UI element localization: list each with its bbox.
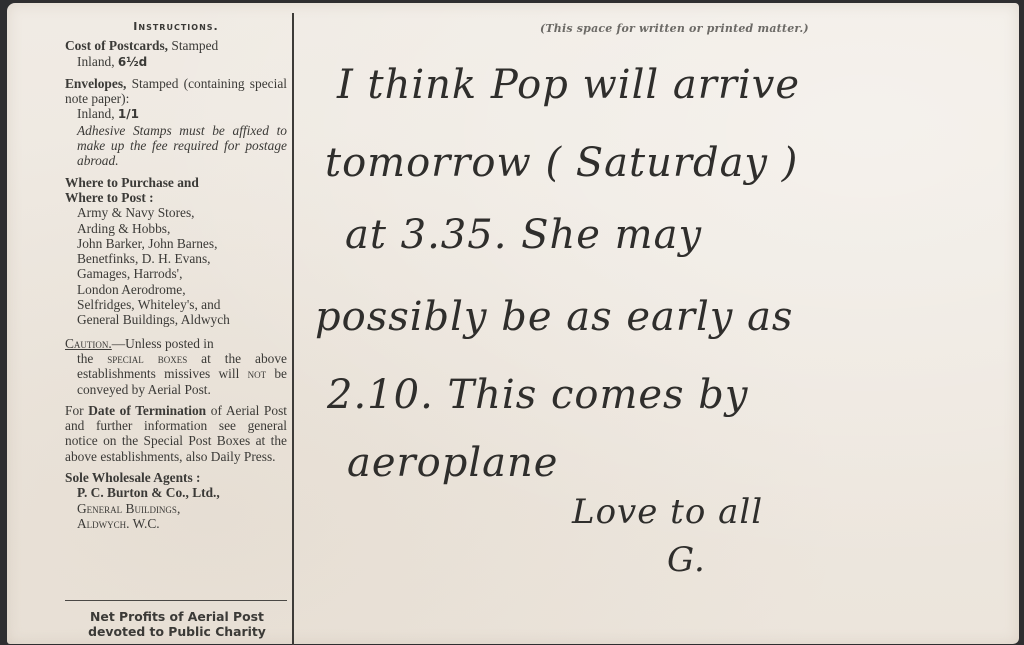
store-item: London Aerodrome, bbox=[77, 282, 287, 297]
adhesive-stamps-note: Adhesive Stamps must be affixed to make … bbox=[65, 123, 287, 169]
handwritten-line: possibly be as early as bbox=[315, 297, 793, 337]
store-list: Army & Navy Stores, Arding & Hobbs, John… bbox=[65, 205, 287, 327]
store-item: Arding & Hobbs, bbox=[77, 221, 287, 236]
store-item: Gamages, Harrods', bbox=[77, 266, 287, 281]
handwritten-signature: G. bbox=[667, 543, 706, 577]
handwritten-line: tomorrow ( Saturday ) bbox=[325, 143, 798, 183]
cost-of-postcards: Cost of Postcards, Stamped Inland, 6½d bbox=[65, 38, 287, 70]
termination-notice: For Date of Termination of Aerial Post a… bbox=[65, 403, 287, 464]
instructions-column: Instructions. Cost of Postcards, Stamped… bbox=[65, 19, 287, 537]
envelope-price: 1/1 bbox=[118, 107, 139, 121]
envelopes-info: Envelopes, Stamped (containing special n… bbox=[65, 76, 287, 169]
caution-notice: Caution.—Unless posted in the special bo… bbox=[65, 336, 287, 397]
handwritten-closing: Love to all bbox=[572, 495, 763, 529]
postcard: Instructions. Cost of Postcards, Stamped… bbox=[7, 3, 1019, 644]
store-item: General Buildings, Aldwych bbox=[77, 312, 287, 327]
store-item: Army & Navy Stores, bbox=[77, 205, 287, 220]
handwritten-line: 2.10. This comes by bbox=[327, 375, 749, 415]
where-to-purchase: Where to Purchase and Where to Post : Ar… bbox=[65, 175, 287, 328]
agent-address-line1: General Buildings, bbox=[65, 501, 287, 516]
charity-note: Net Profits of Aerial Post devoted to Pu… bbox=[65, 609, 289, 639]
agent-address-line2: Aldwych. W.C. bbox=[65, 516, 287, 531]
footer-divider bbox=[65, 600, 287, 601]
instructions-heading: Instructions. bbox=[65, 19, 287, 34]
handwritten-line: I think Pop will arrive bbox=[337, 65, 800, 105]
message-space-label: (This space for written or printed matte… bbox=[540, 22, 809, 35]
store-item: Benetfinks, D. H. Evans, bbox=[77, 251, 287, 266]
agent-name: P. C. Burton & Co., Ltd., bbox=[65, 485, 287, 500]
postcard-price: 6½d bbox=[118, 55, 147, 69]
store-item: Selfridges, Whiteley's, and bbox=[77, 297, 287, 312]
handwritten-line: aeroplane bbox=[347, 443, 558, 483]
store-item: John Barker, John Barnes, bbox=[77, 236, 287, 251]
column-divider bbox=[292, 13, 294, 645]
wholesale-agents: Sole Wholesale Agents : P. C. Burton & C… bbox=[65, 470, 287, 531]
handwritten-line: at 3.35. She may bbox=[345, 215, 702, 255]
